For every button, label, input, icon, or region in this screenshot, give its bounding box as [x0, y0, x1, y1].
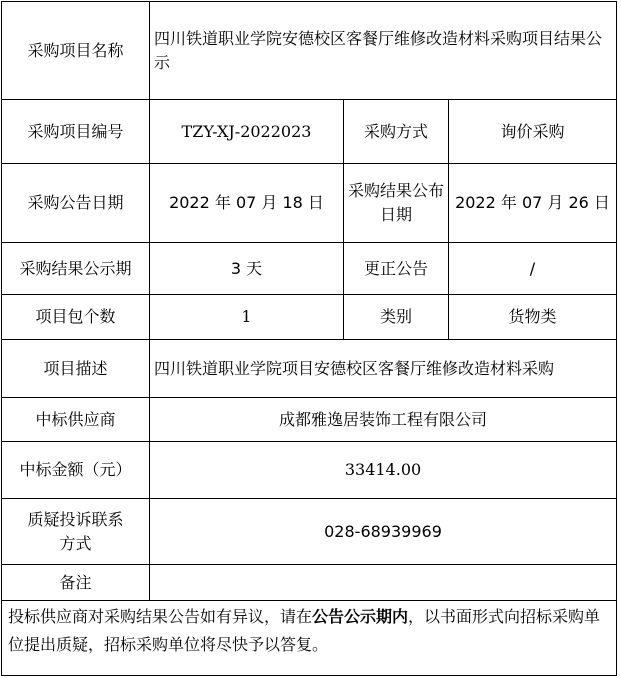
amount-value: 33414.00 — [150, 442, 617, 499]
package-count-value: 1 — [150, 295, 344, 340]
correction-notice-value: / — [449, 243, 617, 295]
announce-date-label: 采购公告日期 — [2, 164, 150, 243]
project-no-value: TZY-XJ-2022023 — [150, 100, 344, 164]
result-period-value: 3 天 — [150, 243, 344, 295]
row-amount: 中标金额（元） 33414.00 — [2, 442, 617, 499]
notice-bold-period: 公告公示期内 — [312, 607, 408, 626]
result-date-label: 采购结果公布日期 — [344, 164, 449, 243]
row-result-period: 采购结果公示期 3 天 更正公告 / — [2, 243, 617, 295]
announce-date-value: 2022 年 07 月 18 日 — [150, 164, 344, 243]
package-count-label: 项目包个数 — [2, 295, 150, 340]
project-no-label: 采购项目编号 — [2, 100, 150, 164]
row-package-count: 项目包个数 1 类别 货物类 — [2, 295, 617, 340]
amount-label: 中标金额（元） — [2, 442, 150, 499]
row-description: 项目描述 四川铁道职业学院项目安德校区客餐厅维修改造材料采购 — [2, 340, 617, 398]
description-value: 四川铁道职业学院项目安德校区客餐厅维修改造材料采购 — [150, 340, 617, 398]
correction-notice-label: 更正公告 — [344, 243, 449, 295]
supplier-value: 成都雅逸居装饰工程有限公司 — [150, 398, 617, 442]
remarks-value — [150, 565, 617, 601]
row-announce-date: 采购公告日期 2022 年 07 月 18 日 采购结果公布日期 2022 年 … — [2, 164, 617, 243]
procurement-result-table: 采购项目名称 四川铁道职业学院安德校区客餐厅维修改造材料采购项目结果公示 采购项… — [1, 1, 617, 676]
result-period-label: 采购结果公示期 — [2, 243, 150, 295]
notice-text-1: 投标供应商对采购结果公告如有异议，请在 — [8, 607, 312, 626]
objection-notice: 投标供应商对采购结果公告如有异议，请在公告公示期内，以书面形式向招标采购单位提出… — [2, 601, 617, 676]
description-label: 项目描述 — [2, 340, 150, 398]
result-date-value: 2022 年 07 月 26 日 — [449, 164, 617, 243]
category-value: 货物类 — [449, 295, 617, 340]
row-project-name: 采购项目名称 四川铁道职业学院安德校区客餐厅维修改造材料采购项目结果公示 — [2, 2, 617, 100]
remarks-label: 备注 — [2, 565, 150, 601]
category-label: 类别 — [344, 295, 449, 340]
procurement-method-value: 询价采购 — [449, 100, 617, 164]
row-notice: 投标供应商对采购结果公告如有异议，请在公告公示期内，以书面形式向招标采购单位提出… — [2, 601, 617, 676]
row-contact: 质疑投诉联系方式 028-68939969 — [2, 499, 617, 565]
project-name-label: 采购项目名称 — [2, 2, 150, 100]
row-project-no: 采购项目编号 TZY-XJ-2022023 采购方式 询价采购 — [2, 100, 617, 164]
contact-label: 质疑投诉联系方式 — [2, 499, 150, 565]
row-remarks: 备注 — [2, 565, 617, 601]
contact-value: 028-68939969 — [150, 499, 617, 565]
project-name-value: 四川铁道职业学院安德校区客餐厅维修改造材料采购项目结果公示 — [150, 2, 617, 100]
row-supplier: 中标供应商 成都雅逸居装饰工程有限公司 — [2, 398, 617, 442]
supplier-label: 中标供应商 — [2, 398, 150, 442]
procurement-method-label: 采购方式 — [344, 100, 449, 164]
